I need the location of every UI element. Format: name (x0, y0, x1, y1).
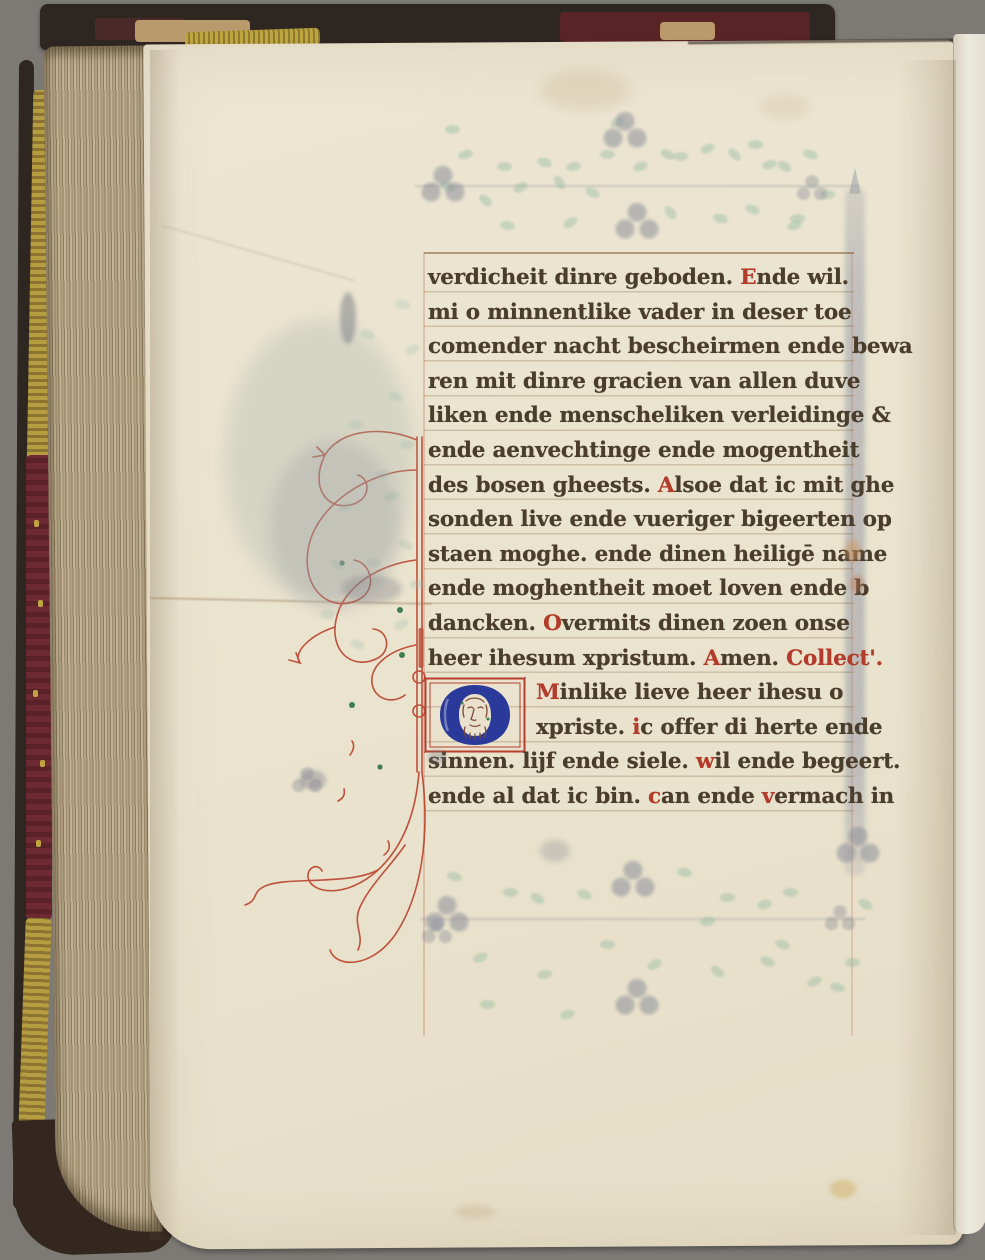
showthrough-trefoil-flower (602, 112, 648, 154)
ink-text: ren mit dinre gracien van allen duve (428, 369, 860, 394)
rubricated-text: O (543, 611, 562, 636)
page-crease (162, 224, 355, 281)
rubricated-text: Collect'. (786, 646, 883, 671)
showthrough-leaf (497, 162, 512, 171)
showthrough-smudge (300, 770, 326, 790)
parchment-stain (540, 70, 630, 110)
showthrough-border-line-top (415, 185, 860, 187)
showthrough-leaf (845, 958, 860, 967)
manuscript-text-line: ende aenvechtinge ende mogentheit (428, 434, 852, 469)
showthrough-blob (850, 575, 864, 593)
ink-text: vermits dinen zoen onse (562, 611, 850, 636)
manuscript-text-line: comender nacht bescheirmen ende bewa (428, 330, 852, 365)
showthrough-leaf (756, 898, 773, 911)
rubricated-text: w (696, 749, 714, 774)
manuscript-text-line: heer ihesum xpristum. Amen. Collect'. (428, 642, 852, 677)
showthrough-leaf (503, 888, 518, 897)
showthrough-leaf (857, 897, 874, 912)
showthrough-trefoil-flower (421, 918, 453, 947)
showthrough-leaf (632, 160, 649, 174)
gold-thread-speck (36, 840, 41, 847)
showthrough-leaf (709, 963, 726, 980)
showthrough-leaf (600, 940, 615, 949)
parchment-stain (455, 1205, 495, 1219)
showthrough-leaf (565, 161, 581, 172)
ink-text: verdicheit dinre geboden. (428, 265, 740, 290)
showthrough-leaf (457, 148, 474, 161)
manuscript-text-line: staen moghe. ende dinen heiligē name (428, 538, 852, 573)
ink-text: sonden live ende vueriger bigeerten op (428, 507, 892, 532)
showthrough-trefoil-flower (796, 175, 828, 204)
showthrough-leaf (394, 299, 410, 310)
showthrough-blob (845, 540, 861, 562)
showthrough-leaf (806, 974, 823, 988)
showthrough-trefoil-flower (824, 905, 856, 934)
rubricated-text: c (648, 784, 661, 809)
showthrough-leaf (562, 215, 579, 231)
manuscript-text-line: liken ende menscheliken verleidinge & (428, 399, 852, 434)
ink-text: c offer di herte ende (640, 715, 882, 740)
showthrough-trefoil-flower (610, 861, 656, 903)
ink-text: sinnen. lijf ende siele. (428, 749, 696, 774)
showthrough-leaf (829, 981, 846, 994)
showthrough-leaf (410, 580, 425, 589)
manuscript-text-line: xpriste. ic offer di herte ende (428, 711, 852, 746)
showthrough-leaf (584, 185, 601, 199)
rubricated-text: i (632, 715, 640, 740)
ink-text: ende al dat ic bin. (428, 784, 648, 809)
manuscript-text-line: dancken. Overmits dinen zoen onse (428, 607, 852, 642)
ink-text: ende moghentheit moet loven ende b (428, 576, 869, 601)
ink-text: lsoe dat ic mit ghe (674, 473, 894, 498)
showthrough-leaf (536, 156, 553, 169)
showthrough-trefoil-flower (420, 166, 466, 208)
showthrough-smudge (340, 292, 356, 344)
manuscript-text-line: verdicheit dinre geboden. Ende wil. (428, 261, 852, 296)
parchment-stain (830, 1180, 856, 1198)
showthrough-leaf (676, 867, 692, 878)
manuscript-text-line: sonden live ende vueriger bigeerten op (428, 503, 852, 538)
gold-thread-speck (34, 520, 39, 527)
showthrough-leaf (776, 159, 793, 174)
showthrough-leaf (699, 141, 716, 155)
ink-text: men. (720, 646, 786, 671)
showthrough-leaf (783, 888, 798, 897)
rubricated-text: E (740, 265, 756, 290)
ruling-top-line (424, 252, 854, 254)
showthrough-leaf (761, 158, 778, 171)
showthrough-leaf (529, 891, 546, 907)
manuscript-text-line: ende moghentheit moet loven ende b (428, 572, 852, 607)
showthrough-trefoil-flower (614, 203, 660, 245)
showthrough-leaf (774, 938, 791, 952)
showthrough-leaf (802, 148, 819, 162)
ink-text: des bosen gheests. (428, 473, 658, 498)
parchment-stain (760, 95, 810, 119)
showthrough-border-bar-tip (849, 168, 861, 194)
manuscript-text-line: mi o minnentlike vader in deser toe (428, 296, 852, 331)
page-overlay: O verdicheit di (0, 0, 985, 1260)
ink-text: il ende begeert. (714, 749, 900, 774)
manuscript-text-line: ende al dat ic bin. can ende vermach in (428, 780, 852, 815)
manuscript-text-line: sinnen. lijf ende siele. wil ende begeer… (428, 745, 852, 780)
ink-text: comender nacht bescheirmen ende bewa (428, 334, 912, 359)
rubricated-text: M (536, 680, 560, 705)
showthrough-leaf (499, 220, 515, 231)
showthrough-smudge (428, 750, 446, 764)
manuscript-text-line: des bosen gheests. Alsoe dat ic mit ghe (428, 469, 852, 504)
showthrough-leaf (759, 954, 776, 968)
rubricated-text: A (658, 473, 674, 498)
showthrough-leaf (673, 152, 688, 161)
manuscript-photograph: O verdicheit di (0, 0, 985, 1260)
showthrough-leaf (748, 140, 763, 149)
showthrough-leaf (512, 180, 529, 195)
showthrough-leaf (712, 212, 729, 225)
showthrough-leaf (699, 916, 715, 927)
showthrough-smudge (342, 575, 402, 603)
showthrough-leaf (480, 1000, 495, 1009)
showthrough-smudge (540, 840, 570, 862)
showthrough-leaf (662, 204, 679, 221)
ink-text: xpriste. (536, 715, 632, 740)
showthrough-leaf (320, 610, 335, 619)
ink-text: dancken. (428, 611, 543, 636)
showthrough-leaf (726, 146, 743, 163)
showthrough-leaf (536, 969, 552, 980)
ink-text: nde wil. (756, 265, 849, 290)
showthrough-leaf (720, 893, 735, 902)
ink-text: liken ende menscheliken verleidinge & (428, 403, 891, 428)
manuscript-text-line: Minlike lieve heer ihesu o (428, 676, 852, 711)
ink-text: mi o minnentlike vader in deser toe (428, 300, 852, 325)
ink-text: staen moghe. ende dinen heiligē name (428, 542, 887, 567)
showthrough-leaf (552, 174, 567, 191)
showthrough-leaf (559, 1008, 576, 1021)
showthrough-leaf (477, 192, 494, 209)
gold-thread-speck (33, 690, 38, 697)
ink-text: an ende (661, 784, 762, 809)
showthrough-leaf (445, 125, 460, 134)
showthrough-leaf (646, 957, 663, 972)
showthrough-leaf (744, 202, 761, 216)
gold-thread-speck (40, 760, 45, 767)
ink-text: ermach in (774, 784, 894, 809)
rubricated-text: A (704, 646, 720, 671)
rubricated-text: v (762, 784, 774, 809)
showthrough-leaf (786, 219, 803, 233)
manuscript-text-block: verdicheit dinre geboden. Ende wil.mi o … (428, 261, 852, 815)
showthrough-leaf (404, 343, 421, 357)
ink-text: heer ihesum xpristum. (428, 646, 704, 671)
showthrough-trefoil-flower (835, 827, 881, 869)
showthrough-leaf (576, 888, 593, 902)
ink-text: ende aenvechtinge ende mogentheit (428, 438, 859, 463)
ink-text: inlike lieve heer ihesu o (560, 680, 844, 705)
showthrough-trefoil-flower (614, 979, 660, 1021)
manuscript-text-line: ren mit dinre gracien van allen duve (428, 365, 852, 400)
gold-thread-speck (38, 600, 43, 607)
